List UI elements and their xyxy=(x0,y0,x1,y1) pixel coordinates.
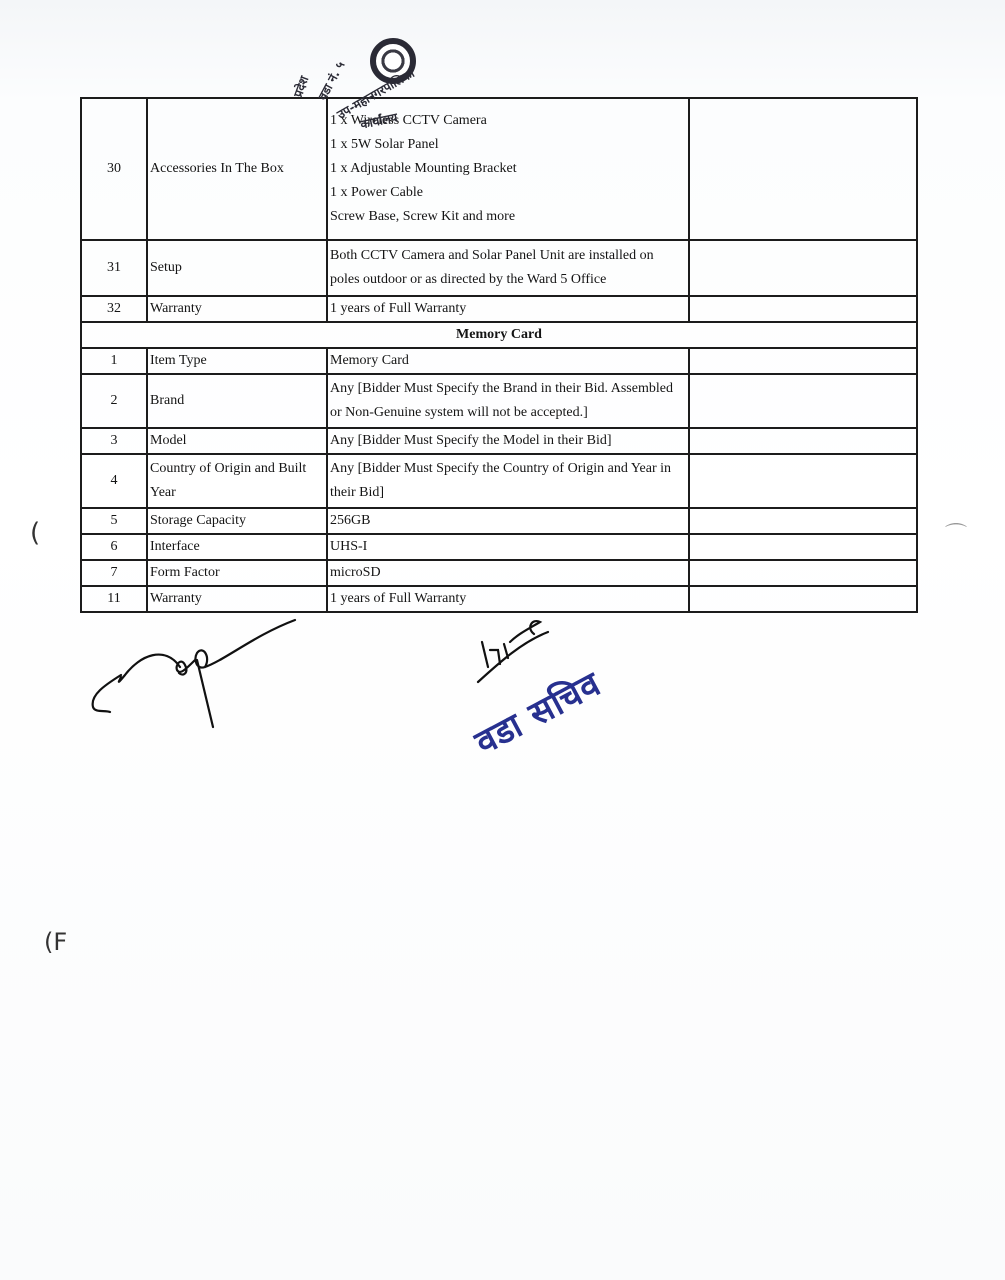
parameter-line: Year xyxy=(150,481,324,505)
row-number: 6 xyxy=(81,534,147,560)
spec-cell: 256GB xyxy=(327,508,689,534)
spec-line: 1 x Adjustable Mounting Bracket xyxy=(330,157,686,181)
row-number: 11 xyxy=(81,586,147,612)
table-row: 31 Setup Both CCTV Camera and Solar Pane… xyxy=(81,240,917,296)
spec-cell: 1 years of Full Warranty xyxy=(327,296,689,322)
spec-line: Any [Bidder Must Specify the Brand in th… xyxy=(330,377,686,401)
spec-cell: Any [Bidder Must Specify the Brand in th… xyxy=(327,374,689,428)
spec-cell: UHS-I xyxy=(327,534,689,560)
remarks-cell xyxy=(689,240,917,296)
table-row: 3 Model Any [Bidder Must Specify the Mod… xyxy=(81,428,917,454)
spec-line: 1 x Wireless CCTV Camera xyxy=(330,109,686,133)
parameter-cell: Storage Capacity xyxy=(147,508,327,534)
row-number: 4 xyxy=(81,454,147,508)
table-row: 6 Interface UHS-I xyxy=(81,534,917,560)
parameter-cell: Brand xyxy=(147,374,327,428)
spec-line: their Bid] xyxy=(330,481,686,505)
parameter-cell: Interface xyxy=(147,534,327,560)
row-number: 31 xyxy=(81,240,147,296)
table-row: 30 Accessories In The Box 1 x Wireless C… xyxy=(81,98,917,240)
spec-cell: microSD xyxy=(327,560,689,586)
spec-line: 1 x Power Cable xyxy=(330,181,686,205)
row-number: 30 xyxy=(81,98,147,240)
spec-cell: Both CCTV Camera and Solar Panel Unit ar… xyxy=(327,240,689,296)
parameter-line: Country of Origin and Built xyxy=(150,457,324,481)
spec-line: 1 x 5W Solar Panel xyxy=(330,133,686,157)
table-row: 7 Form Factor microSD xyxy=(81,560,917,586)
spec-line: Both CCTV Camera and Solar Panel Unit ar… xyxy=(330,244,686,268)
spec-cell: Memory Card xyxy=(327,348,689,374)
spec-line: or Non-Genuine system will not be accept… xyxy=(330,401,686,425)
parameter-cell: Accessories In The Box xyxy=(147,98,327,240)
remarks-cell xyxy=(689,374,917,428)
margin-mark-icon: ⌒ xyxy=(945,518,967,549)
remarks-cell xyxy=(689,98,917,240)
remarks-cell xyxy=(689,428,917,454)
parameter-cell: Country of Origin and Built Year xyxy=(147,454,327,508)
spec-line: Any [Bidder Must Specify the Country of … xyxy=(330,457,686,481)
specification-table: 30 Accessories In The Box 1 x Wireless C… xyxy=(80,97,918,613)
remarks-cell xyxy=(689,348,917,374)
spec-cell: 1 years of Full Warranty xyxy=(327,586,689,612)
spec-cell: Any [Bidder Must Specify the Country of … xyxy=(327,454,689,508)
remarks-cell xyxy=(689,508,917,534)
parameter-cell: Setup xyxy=(147,240,327,296)
spec-cell: 1 x Wireless CCTV Camera 1 x 5W Solar Pa… xyxy=(327,98,689,240)
parameter-cell: Form Factor xyxy=(147,560,327,586)
table-row: 5 Storage Capacity 256GB xyxy=(81,508,917,534)
section-header-row: Memory Card xyxy=(81,322,917,348)
section-title: Memory Card xyxy=(81,322,917,348)
parameter-cell: Warranty xyxy=(147,296,327,322)
remarks-cell xyxy=(689,454,917,508)
table-row: 1 Item Type Memory Card xyxy=(81,348,917,374)
parameter-cell: Warranty xyxy=(147,586,327,612)
parameter-cell: Item Type xyxy=(147,348,327,374)
table-row: 4 Country of Origin and Built Year Any [… xyxy=(81,454,917,508)
row-number: 1 xyxy=(81,348,147,374)
table-row: 32 Warranty 1 years of Full Warranty xyxy=(81,296,917,322)
spec-line: Screw Base, Screw Kit and more xyxy=(330,205,686,229)
row-number: 7 xyxy=(81,560,147,586)
spec-cell: Any [Bidder Must Specify the Model in th… xyxy=(327,428,689,454)
remarks-cell xyxy=(689,296,917,322)
table-row: 11 Warranty 1 years of Full Warranty xyxy=(81,586,917,612)
margin-mark-icon: ( xyxy=(30,518,40,548)
remarks-cell xyxy=(689,586,917,612)
row-number: 2 xyxy=(81,374,147,428)
row-number: 32 xyxy=(81,296,147,322)
remarks-cell xyxy=(689,534,917,560)
table-row: 2 Brand Any [Bidder Must Specify the Bra… xyxy=(81,374,917,428)
margin-mark-icon: (F xyxy=(44,928,67,956)
parameter-cell: Model xyxy=(147,428,327,454)
remarks-cell xyxy=(689,560,917,586)
row-number: 3 xyxy=(81,428,147,454)
row-number: 5 xyxy=(81,508,147,534)
spec-line: poles outdoor or as directed by the Ward… xyxy=(330,268,686,292)
